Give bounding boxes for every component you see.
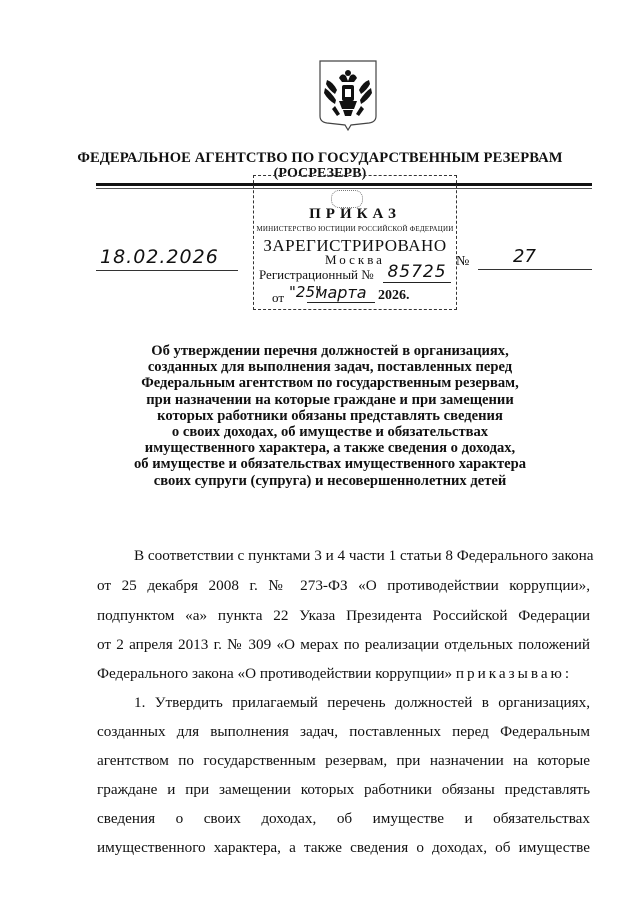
title-line: созданных для выполнения задач, поставле… — [120, 359, 540, 375]
preamble-line: подпунктом «а» пункта 22 Указа Президент… — [97, 607, 590, 625]
order-number: 27 — [513, 246, 536, 267]
title-line: Об утверждении перечня должностей в орга… — [120, 343, 540, 359]
title-line: об имуществе и обязательствах имуществен… — [120, 456, 540, 472]
stamp-date-prefix: от — [272, 290, 284, 306]
document-title: Об утверждении перечня должностей в орга… — [120, 343, 540, 489]
preamble-line-last: Федерального закона «О противодействии к… — [97, 665, 590, 683]
title-line: имущественного характера, а также сведен… — [120, 440, 540, 456]
title-line: о своих доходах, об имуществе и обязател… — [120, 424, 540, 440]
stamp-regno-label: Регистрационный № — [259, 267, 374, 283]
title-line: которых работники обязаны представлять с… — [120, 408, 540, 424]
title-line: при назначении на которые граждане и при… — [120, 392, 540, 408]
item1-line: имущественного характера, а также сведен… — [97, 839, 590, 857]
item1-line: 1. Утвердить прилагаемый перечень должно… — [134, 694, 590, 712]
title-line: Федеральным агентством по государственны… — [120, 375, 540, 391]
stamp-date-year: 2026. — [378, 288, 410, 304]
item1-line: граждане и при замещении которых работни… — [97, 781, 590, 799]
title-line: своих супруги (супруга) и несовершенноле… — [120, 473, 540, 489]
order-date: 18.02.2026 — [100, 246, 219, 268]
agency-name: ФЕДЕРАЛЬНОЕ АГЕНТСТВО ПО ГОСУДАРСТВЕННЫМ… — [0, 150, 640, 167]
order-number-label: № — [456, 254, 469, 270]
preamble-line: В соответствии с пунктами 3 и 4 части 1 … — [134, 547, 590, 565]
preamble-line: от 2 апреля 2013 г. № 309 «О мерах по ре… — [97, 636, 590, 654]
item1-line: агентством по государственным резервам, … — [97, 752, 590, 770]
coat-of-arms-icon — [317, 58, 379, 132]
stamp-regno-value: 85725 — [383, 262, 451, 283]
stamp-ministry: Министерство юстиции Российской Федераци… — [253, 225, 457, 233]
item1-line: сведения о своих доходах, об имуществе и… — [97, 810, 590, 828]
preamble-text: Федерального закона «О противодействии к… — [97, 665, 452, 682]
stamp-title: ПРИКАЗ — [253, 206, 457, 223]
item1-line: созданных для выполнения задач, поставле… — [97, 723, 590, 741]
order-word: приказываю: — [456, 665, 572, 682]
preamble-line: от 25 декабря 2008 г. № 273-ФЗ «О против… — [97, 577, 590, 595]
stamp-date-month: марта — [307, 283, 375, 303]
